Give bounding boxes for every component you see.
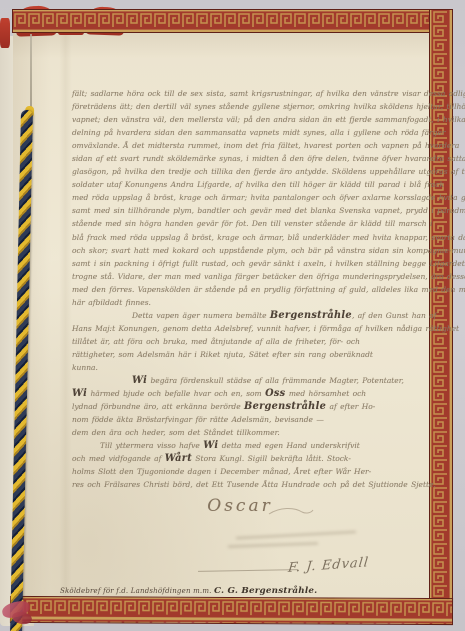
manuscript-line: Till yttermera visso hafve Wi detta med … bbox=[72, 439, 428, 452]
greek-key-pattern bbox=[13, 10, 452, 32]
manuscript-line: vapnet; den vänstra väl, den mellersta v… bbox=[72, 113, 428, 126]
docket-line: Sköldebref för f.d. Landshöfdingen m.m. … bbox=[60, 586, 317, 596]
docket-text: Sköldebref för f.d. Landshöfdingen m.m. bbox=[60, 587, 214, 595]
manuscript-line: fält; sadlarne höra ock till de sex sist… bbox=[72, 87, 428, 100]
sewing-thread bbox=[30, 34, 32, 116]
manuscript-line: här afbildadt finnes. bbox=[72, 296, 428, 309]
manuscript-line: holms Slott den Tjugonionde dagen i Dece… bbox=[72, 465, 428, 478]
docket-name: C. G. Bergenstråhle. bbox=[214, 586, 317, 596]
manuscript-line: Wi härmed bjude och befalle hvar och en,… bbox=[72, 387, 428, 400]
manuscript-line: omväxlande. Å det midtersta rummet, inom… bbox=[72, 139, 428, 152]
cover-border-top bbox=[12, 9, 453, 33]
bleedthrough-smudge bbox=[228, 528, 388, 554]
manuscript-line: samt i sin packning i öfrigt fullt rusta… bbox=[72, 257, 428, 270]
cover-border-bottom bbox=[10, 596, 453, 625]
manuscript-bold-word: Bergenstråhle bbox=[270, 310, 352, 321]
manuscript-line: och med vidfogande af Wårt Stora Kungl. … bbox=[72, 452, 428, 465]
manuscript-line: företrädens ätt; den dertill väl synes s… bbox=[72, 100, 428, 113]
manuscript-line: soldater utaf Konungens Andra Lifgarde, … bbox=[72, 178, 428, 191]
manuscript-line: med den förres. Vapenskölden är stående … bbox=[72, 283, 428, 296]
manuscript-line: Detta vapen äger numera bemälte Bergenst… bbox=[72, 309, 428, 322]
manuscript-line: dem den ära och heder, som det Ståndet t… bbox=[72, 426, 428, 439]
manuscript-line: res och Frälsares Christi börd, det Ett … bbox=[72, 478, 428, 491]
manuscript-line: tillåtet är, att föra och bruka, med åtn… bbox=[72, 335, 428, 348]
manuscript-bold-word: Wi bbox=[132, 375, 147, 386]
manuscript-line: blå frack med röda uppslag å bröst, krag… bbox=[72, 231, 428, 244]
manuscript-bold-word: Wi bbox=[203, 440, 218, 451]
greek-key-pattern bbox=[11, 597, 452, 624]
manuscript-line: sidan af ett svart rundt sköldemärke syn… bbox=[72, 152, 428, 165]
manuscript-line: nom födde äkta Bröstarfvingar för rätte … bbox=[72, 413, 428, 426]
manuscript-line: kunna. bbox=[72, 361, 428, 374]
manuscript-bold-word: Bergenstråhle bbox=[244, 401, 326, 412]
signature-flourish bbox=[268, 505, 314, 519]
manuscript-bold-word: Oss bbox=[265, 388, 285, 399]
red-leather-fragment bbox=[0, 18, 10, 48]
manuscript-line: delning på hvardera sidan den sammansatt… bbox=[72, 126, 428, 139]
manuscript-line: rättigheter, som Adelsmän här i Riket nj… bbox=[72, 348, 428, 361]
manuscript-bold-word: Wårt bbox=[165, 453, 192, 464]
manuscript-line: stående med sin högra handen gevär för f… bbox=[72, 217, 428, 230]
manuscript-line: trogne stå. Vidare, der man med vanliga … bbox=[72, 270, 428, 283]
manuscript-line: Wi begära fördenskull städse af alla frä… bbox=[72, 374, 428, 387]
manuscript-lines: fält; sadlarne höra ock till de sex sist… bbox=[72, 87, 428, 491]
manuscript-line: samt med sin tillhörande plym, bandtler … bbox=[72, 204, 428, 217]
document-scan: fält; sadlarne höra ock till de sex sist… bbox=[0, 0, 465, 631]
manuscript-line: Hans Maj:t Konungen, genom detta Adelsbr… bbox=[72, 322, 428, 335]
manuscript-line: glasögon, på hvilka den tredje och tilli… bbox=[72, 165, 428, 178]
manuscript-line: och skor; svart hatt med kokard och upps… bbox=[72, 244, 428, 257]
manuscript-line: med röda uppslag å bröst, krage och ärma… bbox=[72, 191, 428, 204]
manuscript-bold-word: Wi bbox=[72, 388, 87, 399]
manuscript-line: lydnad förbundne äro, att erkänna berörd… bbox=[72, 400, 428, 413]
